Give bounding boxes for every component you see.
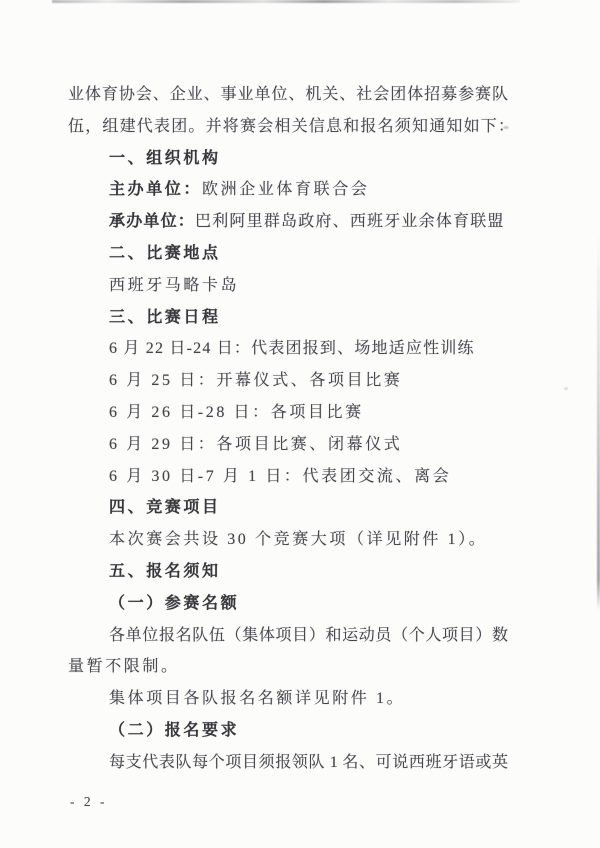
line-location: 西班牙马略卡岛 (68, 270, 508, 302)
organizer-unit-value: 巴利阿里群岛政府、西班牙业余体育联盟 (195, 213, 505, 230)
host-unit-label: 主办单位： (109, 181, 202, 198)
host-unit-value: 欧洲企业体育联合会 (202, 181, 369, 198)
subheading-quota: （一）参赛名额 (68, 588, 508, 620)
intro-line-1: 业体育协会、企业、事业单位、机关、社会团体招募参赛队 (68, 79, 508, 111)
document-page: 业体育协会、企业、事业单位、机关、社会团体招募参赛队 伍，组建代表团。并将赛会相… (0, 0, 600, 848)
line-requirements: 每支代表队每个项目须报领队 1 名、可说西班牙语或英 (68, 747, 508, 779)
document-body: 业体育协会、企业、事业单位、机关、社会团体招募参赛队 伍，组建代表团。并将赛会相… (68, 79, 508, 779)
scan-speck (564, 387, 568, 390)
schedule-line-5: 6 月 30 日-7 月 1 日：代表团交流、离会 (68, 461, 508, 493)
line-organizer-unit: 承办单位：巴利阿里群岛政府、西班牙业余体育联盟 (68, 206, 508, 238)
line-quota-1: 各单位报名队伍（集体项目）和运动员（个人项目）数 (68, 620, 508, 652)
line-host-unit: 主办单位：欧洲企业体育联合会 (68, 174, 508, 206)
line-quota-3: 集体项目各队报名名额详见附件 1。 (68, 683, 508, 715)
intro-line-2: 伍，组建代表团。并将赛会相关信息和报名须知通知如下： (68, 111, 508, 143)
heading-events: 四、竞赛项目 (68, 492, 508, 524)
heading-registration: 五、报名须知 (68, 556, 508, 588)
line-events-summary: 本次赛会共设 30 个竞赛大项（详见附件 1）。 (68, 524, 508, 556)
organizer-unit-label: 承办单位： (109, 213, 195, 230)
schedule-line-1: 6 月 22 日-24 日：代表团报到、场地适应性训练 (68, 333, 508, 365)
heading-organization: 一、组织机构 (68, 143, 508, 175)
heading-schedule: 三、比赛日程 (68, 302, 508, 334)
line-quota-2: 量暂不限制。 (68, 651, 508, 683)
schedule-line-4: 6 月 29 日：各项目比赛、闭幕仪式 (68, 429, 508, 461)
heading-location: 二、比赛地点 (68, 238, 508, 270)
scan-smudge-top (52, 0, 520, 3)
subheading-requirements: （二）报名要求 (68, 715, 508, 747)
schedule-line-2: 6 月 25 日：开幕仪式、各项目比赛 (68, 365, 508, 397)
page-number: - 2 - (70, 794, 108, 810)
schedule-line-3: 6 月 26 日-28 日：各项目比赛 (68, 397, 508, 429)
